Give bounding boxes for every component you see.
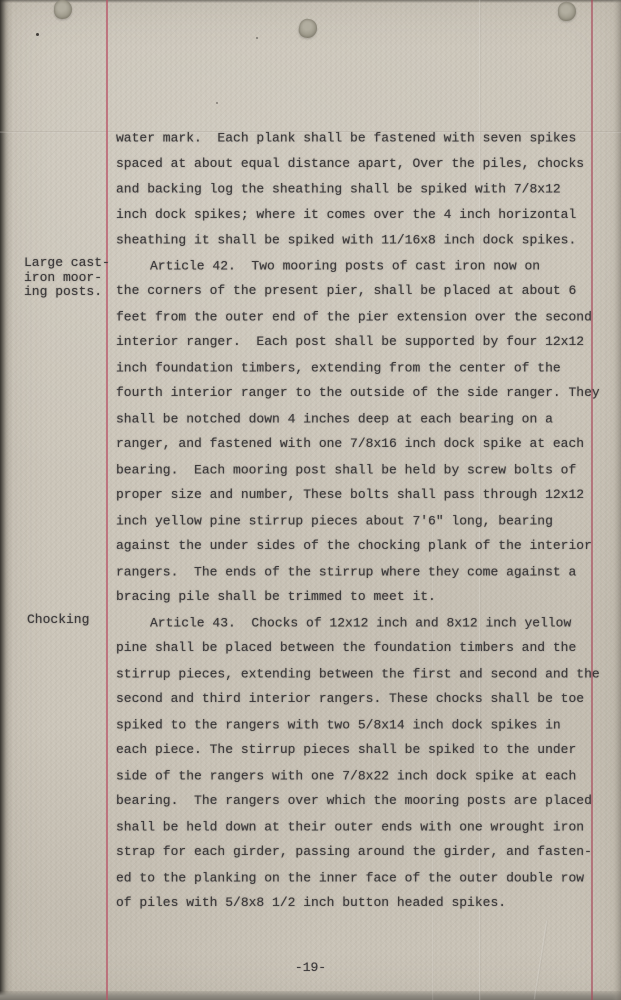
paragraph-article-42: Article 42. Two mooring posts of cast ir…	[116, 253, 608, 610]
text-line: and backing log the sheathing shall be s…	[116, 177, 608, 203]
text-line: the corners of the present pier, shall b…	[116, 278, 608, 304]
text-line: shall be notched down 4 inches deep at e…	[116, 406, 608, 432]
text-line: side of the rangers with one 7/8x22 inch…	[116, 763, 608, 789]
margin-note-line: ing posts.	[24, 285, 110, 300]
text-line: of piles with 5/8x8 1/2 inch button head…	[116, 890, 608, 916]
scan-edge-bottom	[0, 991, 621, 1000]
margin-note-chocking: Chocking	[27, 613, 89, 628]
text-line: rangers. The ends of the stirrup where t…	[116, 559, 608, 585]
text-line: inch dock spikes; where it comes over th…	[116, 202, 608, 228]
text-line: ranger, and fastened with one 7/8x16 inc…	[116, 431, 608, 457]
text-line: each piece. The stirrup pieces shall be …	[116, 737, 608, 763]
paragraph-water-mark: water mark. Each plank shall be fastened…	[116, 125, 608, 253]
scan-edge-right	[612, 0, 621, 1000]
text-line: inch yellow pine stirrup pieces about 7'…	[116, 508, 608, 534]
text-line: strap for each girder, passing around th…	[116, 839, 608, 865]
binding-hole	[297, 17, 319, 39]
text-line: ed to the planking on the inner face of …	[116, 865, 608, 891]
margin-note-line: iron moor-	[24, 271, 110, 286]
text-line: second and third interior rangers. These…	[116, 686, 608, 712]
text-line: shall be held down at their outer ends w…	[116, 814, 608, 840]
text-line: water mark. Each plank shall be fastened…	[116, 126, 608, 152]
text-line: pine shall be placed between the foundat…	[116, 635, 608, 661]
binding-hole	[54, 0, 72, 19]
text-line: against the under sides of the chocking …	[116, 533, 608, 559]
text-line: stirrup pieces, extending between the fi…	[116, 661, 608, 687]
margin-rule-left	[106, 0, 108, 1000]
text-line: feet from the outer end of the pier exte…	[116, 304, 608, 330]
margin-note-line: Chocking	[27, 613, 89, 628]
scan-edge-left	[0, 0, 13, 1000]
text-line: Article 42. Two mooring posts of cast ir…	[116, 253, 608, 279]
scan-edge-top	[0, 0, 621, 3]
ink-speck	[256, 37, 258, 39]
text-line: interior ranger. Each post shall be supp…	[116, 329, 608, 355]
text-line: fourth interior ranger to the outside of…	[116, 380, 608, 406]
text-line: spiked to the rangers with two 5/8x14 in…	[116, 712, 608, 738]
page-number: -19-	[0, 960, 621, 975]
text-line: Article 43. Chocks of 12x12 inch and 8x1…	[116, 610, 608, 636]
margin-note-line: Large cast-	[24, 256, 110, 271]
text-line: sheathing it shall be spiked with 11/16x…	[116, 228, 608, 254]
paragraph-article-43: Article 43. Chocks of 12x12 inch and 8x1…	[116, 610, 608, 916]
margin-note-mooring-posts: Large cast- iron moor- ing posts.	[24, 256, 110, 300]
text-line: inch foundation timbers, extending from …	[116, 355, 608, 381]
binding-hole	[558, 2, 576, 21]
text-line: bearing. Each mooring post shall be held…	[116, 457, 608, 483]
scanned-document-page: Large cast- iron moor- ing posts. Chocki…	[0, 0, 621, 1000]
text-line: bearing. The rangers over which the moor…	[116, 788, 608, 814]
text-line: bracing pile shall be trimmed to meet it…	[116, 584, 608, 610]
text-line: proper size and number, These bolts shal…	[116, 482, 608, 508]
ink-speck	[216, 102, 218, 104]
text-line: spaced at about equal distance apart, Ov…	[116, 151, 608, 177]
ink-speck	[36, 33, 39, 36]
document-body: water mark. Each plank shall be fastened…	[116, 125, 608, 916]
